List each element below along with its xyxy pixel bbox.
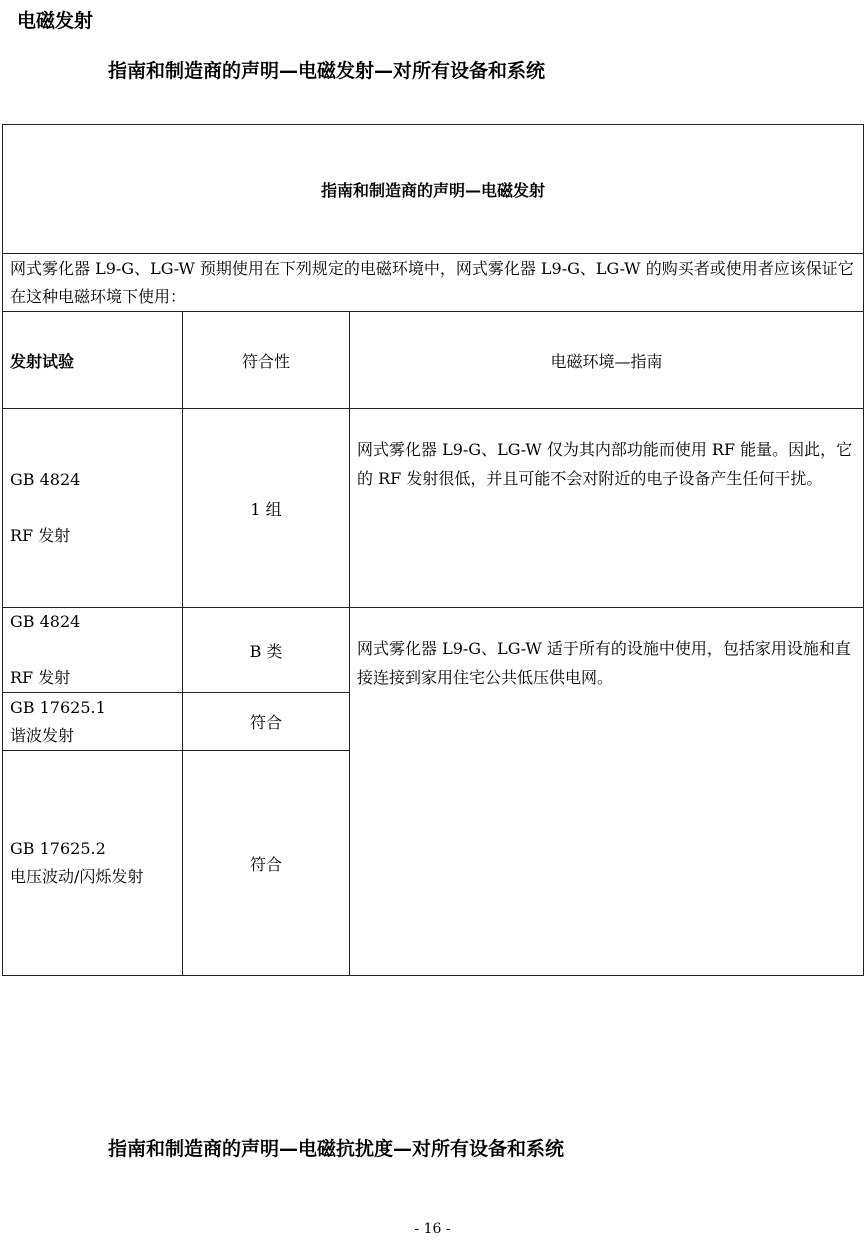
test-name: 谐波发射: [10, 726, 74, 745]
compliance-cell: 符合: [183, 751, 350, 976]
test-standard: GB 4824: [10, 612, 80, 631]
test-standard: GB 4824: [10, 470, 80, 489]
emission-declaration-heading: 指南和制造商的声明—电磁发射—对所有设备和系统: [108, 56, 545, 83]
table-row: GB 4824 RF 发射 1 组 网式雾化器 L9-G、LG-W 仅为其内部功…: [3, 409, 864, 608]
table-intro: 网式雾化器 L9-G、LG-W 预期使用在下列规定的电磁环境中，网式雾化器 L9…: [3, 254, 864, 312]
compliance-cell: 1 组: [183, 409, 350, 608]
header-compliance: 符合性: [183, 312, 350, 409]
test-cell: GB 17625.1 谐波发射: [3, 693, 183, 751]
table-title: 指南和制造商的声明—电磁发射: [3, 125, 864, 254]
emission-table: 指南和制造商的声明—电磁发射 网式雾化器 L9-G、LG-W 预期使用在下列规定…: [2, 124, 864, 976]
test-standard: GB 17625.1: [10, 698, 106, 717]
test-name: RF 发射: [10, 526, 70, 545]
test-name: RF 发射: [10, 668, 70, 687]
test-name: 电压波动/闪烁发射: [10, 867, 143, 886]
test-cell: GB 17625.2 电压波动/闪烁发射: [3, 751, 183, 976]
header-emission-test: 发射试验: [3, 312, 183, 409]
table-row: GB 4824 RF 发射 B 类 网式雾化器 L9-G、LG-W 适于所有的设…: [3, 608, 864, 693]
compliance-cell: B 类: [183, 608, 350, 693]
immunity-declaration-heading: 指南和制造商的声明—电磁抗扰度—对所有设备和系统: [108, 1134, 564, 1161]
table-header-row: 发射试验 符合性 电磁环境—指南: [3, 312, 864, 409]
page-number: - 16 -: [0, 1221, 865, 1237]
section-title: 电磁发射: [17, 6, 93, 33]
guidance-cell: 网式雾化器 L9-G、LG-W 适于所有的设施中使用，包括家用设施和直接连接到家…: [350, 608, 864, 976]
test-cell: GB 4824 RF 发射: [3, 608, 183, 693]
compliance-cell: 符合: [183, 693, 350, 751]
test-cell: GB 4824 RF 发射: [3, 409, 183, 608]
test-standard: GB 17625.2: [10, 839, 106, 858]
guidance-cell: 网式雾化器 L9-G、LG-W 仅为其内部功能而使用 RF 能量。因此，它的 R…: [350, 409, 864, 608]
header-guidance: 电磁环境—指南: [350, 312, 864, 409]
